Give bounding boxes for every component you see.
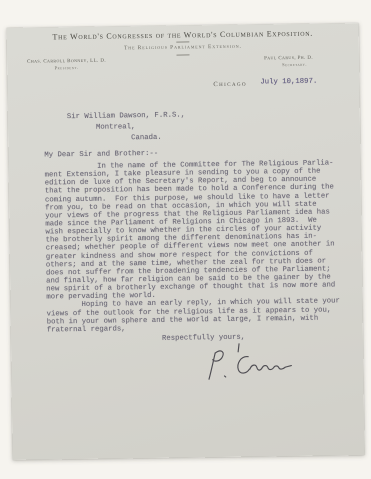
letterhead-city: Chicago: [213, 81, 247, 88]
handwritten-signature: [196, 340, 312, 390]
letterhead-divider-bottom: [176, 54, 189, 55]
letter-date: July 10,1897.: [260, 78, 317, 87]
recipient-name: Sir William Dawson, F.R.S.,: [67, 111, 185, 121]
scanned-letter: The World's Congresses of the World's Co…: [0, 0, 371, 479]
recipient-country: Canada.: [131, 134, 162, 142]
letterhead-president-block: Chas. Carroll Bonney, LL. D. President.: [27, 59, 106, 71]
secretary-title: Secretary.: [264, 61, 313, 67]
letterhead-title: The World's Congresses of the World's Co…: [7, 28, 359, 42]
letter-paper: The World's Congresses of the World's Co…: [7, 23, 365, 460]
letter-body: In the name of the Committee for The Rel…: [44, 159, 346, 334]
salutation: My Dear Sir and Brother:--: [44, 150, 158, 160]
recipient-city: Montreal,: [96, 123, 136, 132]
letterhead-subtitle: The Religious Parliament Extension.: [7, 42, 359, 53]
president-title: President.: [27, 64, 106, 71]
letterhead-secretary-block: Paul Carus, Ph. D. Secretary.: [264, 56, 313, 68]
letterhead-divider-top: [176, 41, 189, 42]
signature-ink: [196, 340, 312, 390]
